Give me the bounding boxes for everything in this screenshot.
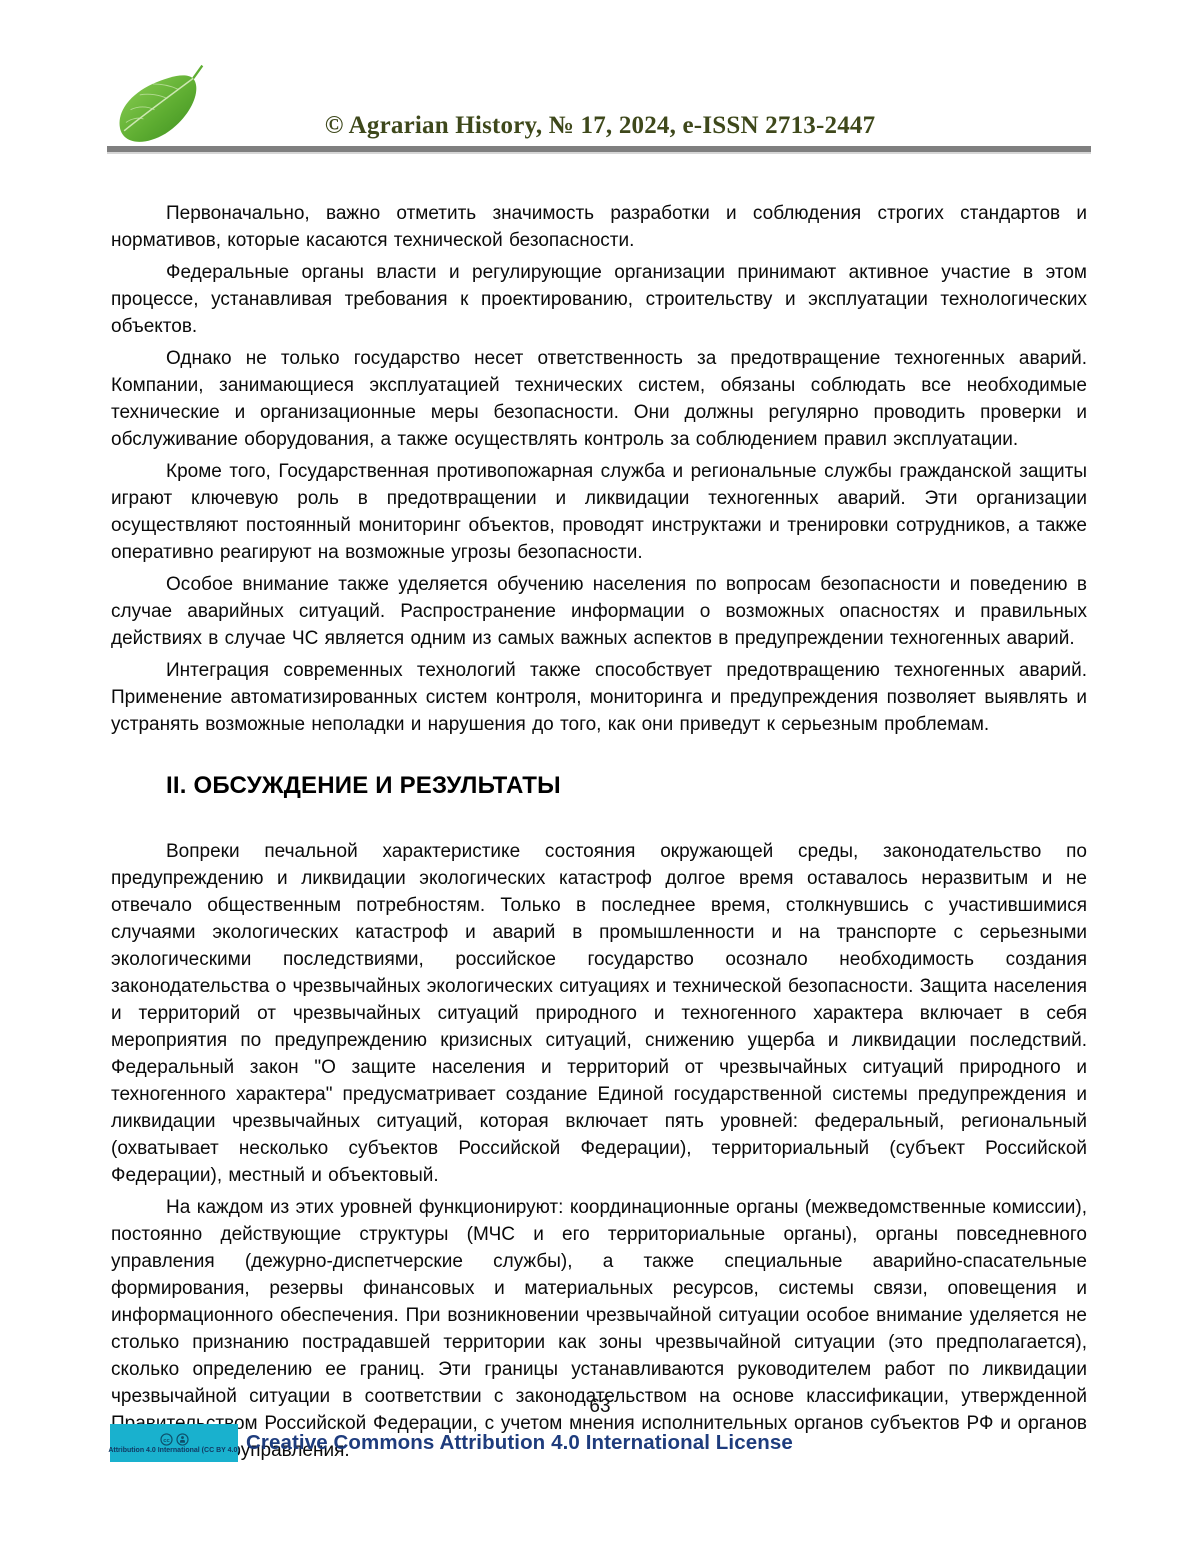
header-divider bbox=[107, 146, 1091, 154]
journal-title: © Agrarian History, № 17, 2024, e-ISSN 2… bbox=[110, 112, 1090, 140]
body-paragraph: Однако не только государство несет ответ… bbox=[111, 345, 1087, 453]
body-paragraph: На каждом из этих уровней функционируют:… bbox=[111, 1194, 1087, 1464]
body-paragraph: Первоначально, важно отметить значимость… bbox=[111, 200, 1087, 254]
cc-badge-label: Attribution 4.0 International (CC BY 4.0… bbox=[108, 1447, 239, 1454]
spacer bbox=[111, 800, 1087, 838]
cc-circle-icon: cc bbox=[160, 1433, 173, 1446]
cc-badge[interactable]: cc Attribution 4.0 International (CC BY … bbox=[110, 1424, 238, 1462]
body-paragraph: Вопреки печальной характеристике состоян… bbox=[111, 838, 1087, 1189]
attribution-person-icon bbox=[176, 1433, 189, 1446]
section-heading: II. ОБСУЖДЕНИЕ И РЕЗУЛЬТАТЫ bbox=[166, 772, 1087, 800]
body-paragraph: Федеральные органы власти и регулирующие… bbox=[111, 259, 1087, 340]
body-paragraph: Кроме того, Государственная противопожар… bbox=[111, 458, 1087, 566]
body-paragraph: Особое внимание также уделяется обучению… bbox=[111, 571, 1087, 652]
document-page: © Agrarian History, № 17, 2024, e-ISSN 2… bbox=[0, 0, 1200, 1553]
cc-license-link[interactable]: Creative Commons Attribution 4.0 Interna… bbox=[246, 1431, 793, 1455]
body-paragraph: Интеграция современных технологий также … bbox=[111, 657, 1087, 738]
svg-text:cc: cc bbox=[163, 1437, 170, 1443]
page-number: 63 bbox=[0, 1396, 1200, 1418]
cc-badge-icons: cc bbox=[160, 1433, 189, 1446]
article-body: Первоначально, важно отметить значимость… bbox=[111, 200, 1087, 1469]
